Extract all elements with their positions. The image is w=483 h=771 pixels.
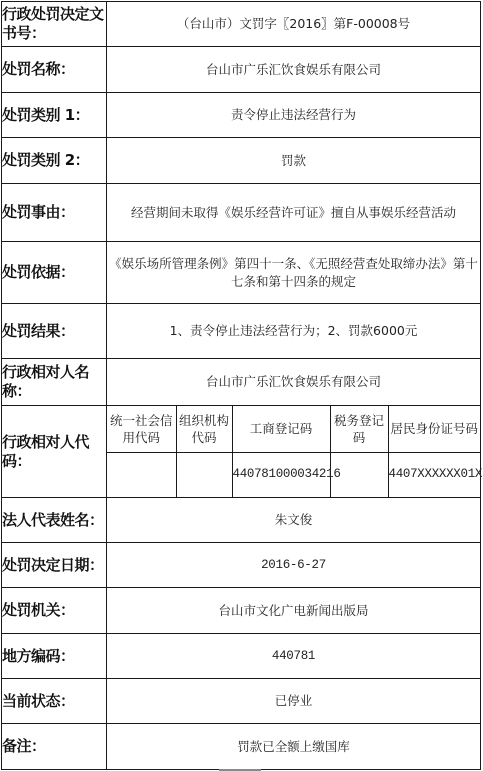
label-local-code: 地方编码：: [2, 634, 107, 679]
value-legal-rep: 朱文俊: [107, 498, 481, 543]
label-decision-date: 处罚决定日期：: [2, 543, 107, 588]
header-id-number: 居民身份证号码: [388, 406, 480, 452]
label-penalty-basis: 处罚依据：: [2, 242, 107, 304]
row-remarks: 备注： 罚款已全额上缴国库: [2, 724, 481, 770]
party-code-value-row: 440781000034216 4407XXXXXX01X: [107, 452, 480, 497]
party-code-subtable: 统一社会信用代码 组织机构代码 工商登记码 税务登记码 居民身份证号码 4407…: [107, 406, 480, 497]
label-legal-rep: 法人代表姓名：: [2, 498, 107, 543]
row-penalty-type-2: 处罚类别 2： 罚款: [2, 138, 481, 184]
value-authority: 台山市文化广电新闻出版局: [107, 588, 481, 634]
row-legal-rep: 法人代表姓名： 朱文俊: [2, 498, 481, 543]
value-penalty-reason: 经营期间未取得《娱乐经营许可证》擅自从事娱乐经营活动: [107, 184, 481, 242]
row-penalty-reason: 处罚事由： 经营期间未取得《娱乐经营许可证》擅自从事娱乐经营活动: [2, 184, 481, 242]
penalty-record-table: 行政处罚决定文书号： （台山市）文罚字〖2016〗第F-00008号 处罚名称：…: [1, 1, 481, 770]
value-penalty-basis: 《娱乐场所管理条例》第四十一条、《无照经营查处取缔办法》第十七条和第十四条的规定: [107, 242, 481, 304]
value-decision-date: 2016-6-27: [107, 543, 481, 588]
label-penalty-reason: 处罚事由：: [2, 184, 107, 242]
header-org-code: 组织机构代码: [176, 406, 232, 452]
label-party-code: 行政相对人代码：: [2, 406, 107, 498]
value-unified-credit-code: [107, 452, 176, 497]
row-local-code: 地方编码： 440781: [2, 634, 481, 679]
value-local-code: 440781: [107, 634, 481, 679]
row-authority: 处罚机关： 台山市文化广电新闻出版局: [2, 588, 481, 634]
value-org-code: [176, 452, 232, 497]
row-decision-date: 处罚决定日期： 2016-6-27: [2, 543, 481, 588]
row-party-code: 行政相对人代码： 统一社会信用代码 组织机构代码 工商登记码 税务登记码 居民身…: [2, 406, 481, 498]
value-party-name: 台山市广乐汇饮食娱乐有限公司: [107, 359, 481, 406]
label-penalty-name: 处罚名称：: [2, 47, 107, 93]
label-authority: 处罚机关：: [2, 588, 107, 634]
value-penalty-name: 台山市广乐汇饮食娱乐有限公司: [107, 47, 481, 93]
row-party-name: 行政相对人名称： 台山市广乐汇饮食娱乐有限公司: [2, 359, 481, 406]
label-current-status: 当前状态：: [2, 679, 107, 724]
row-penalty-basis: 处罚依据： 《娱乐场所管理条例》第四十一条、《无照经营查处取缔办法》第十七条和第…: [2, 242, 481, 304]
party-code-cell: 统一社会信用代码 组织机构代码 工商登记码 税务登记码 居民身份证号码 4407…: [107, 406, 481, 498]
row-penalty-name: 处罚名称： 台山市广乐汇饮食娱乐有限公司: [2, 47, 481, 93]
value-current-status: 已停业: [107, 679, 481, 724]
header-business-reg-code: 工商登记码: [232, 406, 330, 452]
value-business-reg-code: 440781000034216: [232, 452, 330, 497]
value-remarks: 罚款已全额上缴国库: [107, 724, 481, 770]
row-current-status: 当前状态： 已停业: [2, 679, 481, 724]
value-id-number: 4407XXXXXX01X: [388, 452, 480, 497]
header-tax-reg-code: 税务登记码: [330, 406, 388, 452]
label-penalty-type-1: 处罚类别 1：: [2, 93, 107, 138]
value-penalty-type-1: 责令停止违法经营行为: [107, 93, 481, 138]
label-party-name: 行政相对人名称：: [2, 359, 107, 406]
header-unified-credit-code: 统一社会信用代码: [107, 406, 176, 452]
value-decision-number: （台山市）文罚字〖2016〗第F-00008号: [107, 2, 481, 47]
value-penalty-type-2: 罚款: [107, 138, 481, 184]
party-code-header-row: 统一社会信用代码 组织机构代码 工商登记码 税务登记码 居民身份证号码: [107, 406, 480, 452]
label-penalty-type-2: 处罚类别 2：: [2, 138, 107, 184]
label-decision-number: 行政处罚决定文书号：: [2, 2, 107, 47]
label-penalty-result: 处罚结果：: [2, 304, 107, 359]
row-penalty-type-1: 处罚类别 1： 责令停止违法经营行为: [2, 93, 481, 138]
row-decision-number: 行政处罚决定文书号： （台山市）文罚字〖2016〗第F-00008号: [2, 2, 481, 47]
value-penalty-result: 1、责令停止违法经营行为；2、罚款6000元: [107, 304, 481, 359]
label-remarks: 备注：: [2, 724, 107, 770]
row-penalty-result: 处罚结果： 1、责令停止违法经营行为；2、罚款6000元: [2, 304, 481, 359]
